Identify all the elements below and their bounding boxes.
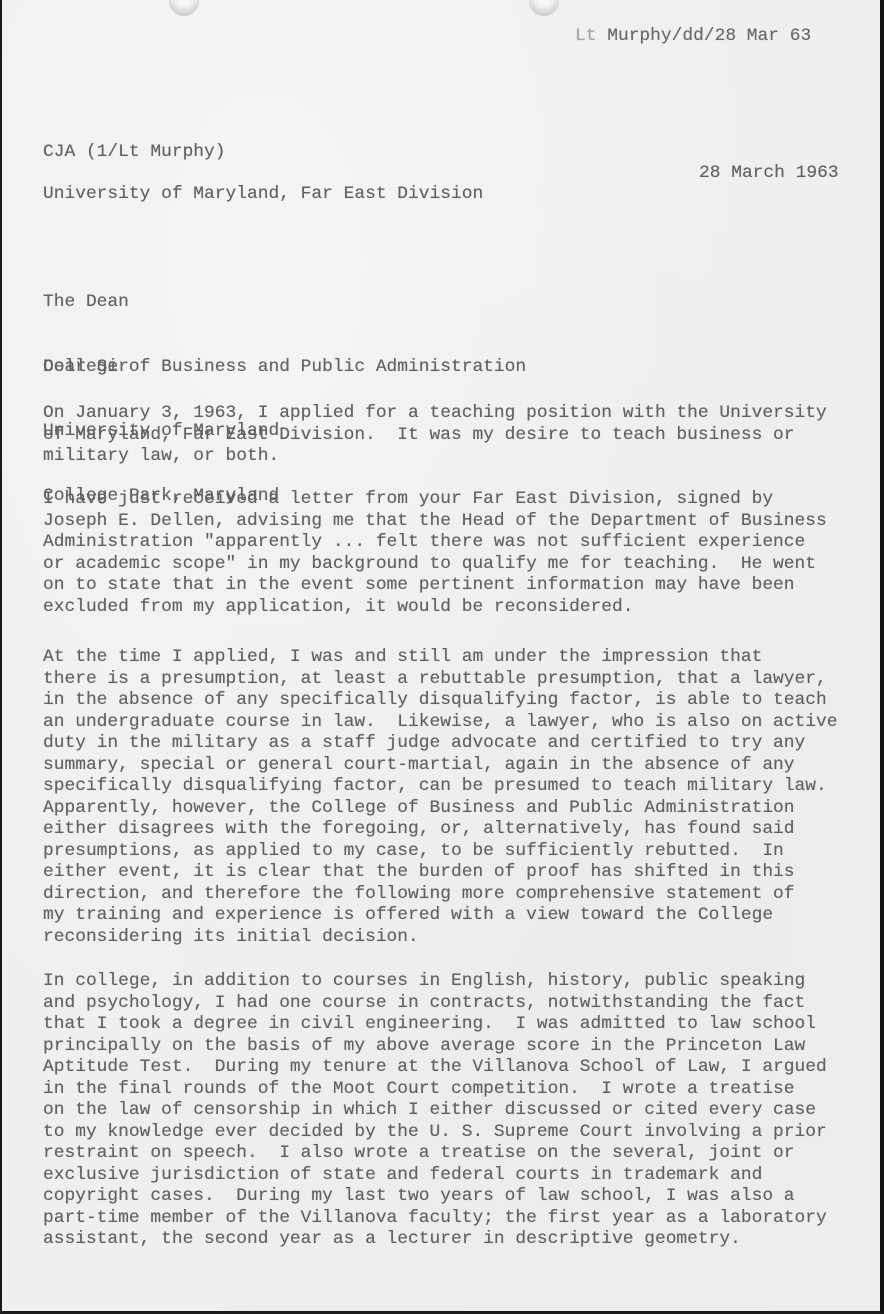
paragraph-line: exclusive jurisdiction of state and fede…: [43, 1165, 827, 1187]
paragraph-1: On January 3, 1963, I applied for a teac…: [43, 403, 827, 468]
paragraph-line: direction, and therefore the following m…: [43, 884, 837, 906]
paragraph-line: of Maryland, Far East Division. It was m…: [43, 425, 827, 447]
paragraph-2: I have just received a letter from your …: [43, 489, 827, 618]
paragraph-line: part-time member of the Villanova facult…: [43, 1208, 827, 1230]
paragraph-3: At the time I applied, I was and still a…: [43, 647, 837, 948]
paragraph-line: I have just received a letter from your …: [43, 489, 827, 511]
paragraph-line: my training and experience is offered wi…: [43, 905, 837, 927]
paragraph-line: an undergraduate course in law. Likewise…: [43, 712, 837, 734]
paragraph-line: In college, in addition to courses in En…: [43, 971, 827, 993]
paragraph-line: that I took a degree in civil engineerin…: [43, 1014, 827, 1036]
paragraph-line: On January 3, 1963, I applied for a teac…: [43, 403, 827, 425]
paragraph-line: assistant, the second year as a lecturer…: [43, 1229, 827, 1251]
paragraph-line: military law, or both.: [43, 446, 827, 468]
paragraph-line: Apparently, however, the College of Busi…: [43, 798, 837, 820]
paragraph-line: there is a presumption, at least a rebut…: [43, 669, 837, 691]
paragraph-line: presumptions, as applied to my case, to …: [43, 841, 837, 863]
paragraph-line: excluded from my application, it would b…: [43, 597, 827, 619]
paragraph-line: on the law of censorship in which I eith…: [43, 1100, 827, 1122]
paragraph-line: either disagrees with the foregoing, or,…: [43, 819, 837, 841]
punch-hole-left: [169, 0, 199, 16]
paragraph-line: principally on the basis of my above ave…: [43, 1036, 827, 1058]
paragraph-line: in the absence of any specifically disqu…: [43, 690, 837, 712]
reference-text: Murphy/dd/28 Mar 63: [596, 26, 811, 46]
reference-prefix: Lt: [575, 26, 596, 46]
punch-hole-right: [529, 0, 559, 16]
letter-date: 28 March 1963: [699, 163, 839, 185]
paragraph-line: or academic scope" in my background to q…: [43, 554, 827, 576]
paragraph-line: restraint on speech. I also wrote a trea…: [43, 1143, 827, 1165]
paragraph-line: either event, it is clear that the burde…: [43, 862, 837, 884]
paragraph-line: At the time I applied, I was and still a…: [43, 647, 837, 669]
paragraph-line: on to state that in the event some perti…: [43, 575, 827, 597]
paragraph-line: Joseph E. Dellen, advising me that the H…: [43, 511, 827, 533]
paragraph-line: copyright cases. During my last two year…: [43, 1186, 827, 1208]
paragraph-line: Administration "apparently ... felt ther…: [43, 532, 827, 554]
salutation: Dear Sir: [43, 357, 129, 379]
subject-from-line: University of Maryland, Far East Divisio…: [43, 184, 483, 206]
paragraph-line: Aptitude Test. During my tenure at the V…: [43, 1057, 827, 1079]
addressee-line: The Dean: [43, 292, 526, 314]
paragraph-line: to my knowledge ever decided by the U. S…: [43, 1122, 827, 1144]
paragraph-4: In college, in addition to courses in En…: [43, 971, 827, 1251]
paragraph-line: summary, special or general court-martia…: [43, 755, 837, 777]
paragraph-line: specifically disqualifying factor, can b…: [43, 776, 837, 798]
reference-line: Lt Murphy/dd/28 Mar 63: [575, 26, 811, 48]
paragraph-line: reconsidering its initial decision.: [43, 927, 837, 949]
letter-page: Lt Murphy/dd/28 Mar 63 CJA (1/Lt Murphy)…: [0, 0, 884, 1314]
paragraph-line: and psychology, I had one course in cont…: [43, 993, 827, 1015]
paragraph-line: in the final rounds of the Moot Court co…: [43, 1079, 827, 1101]
originator-line: CJA (1/Lt Murphy): [43, 142, 226, 164]
paragraph-line: duty in the military as a staff judge ad…: [43, 733, 837, 755]
